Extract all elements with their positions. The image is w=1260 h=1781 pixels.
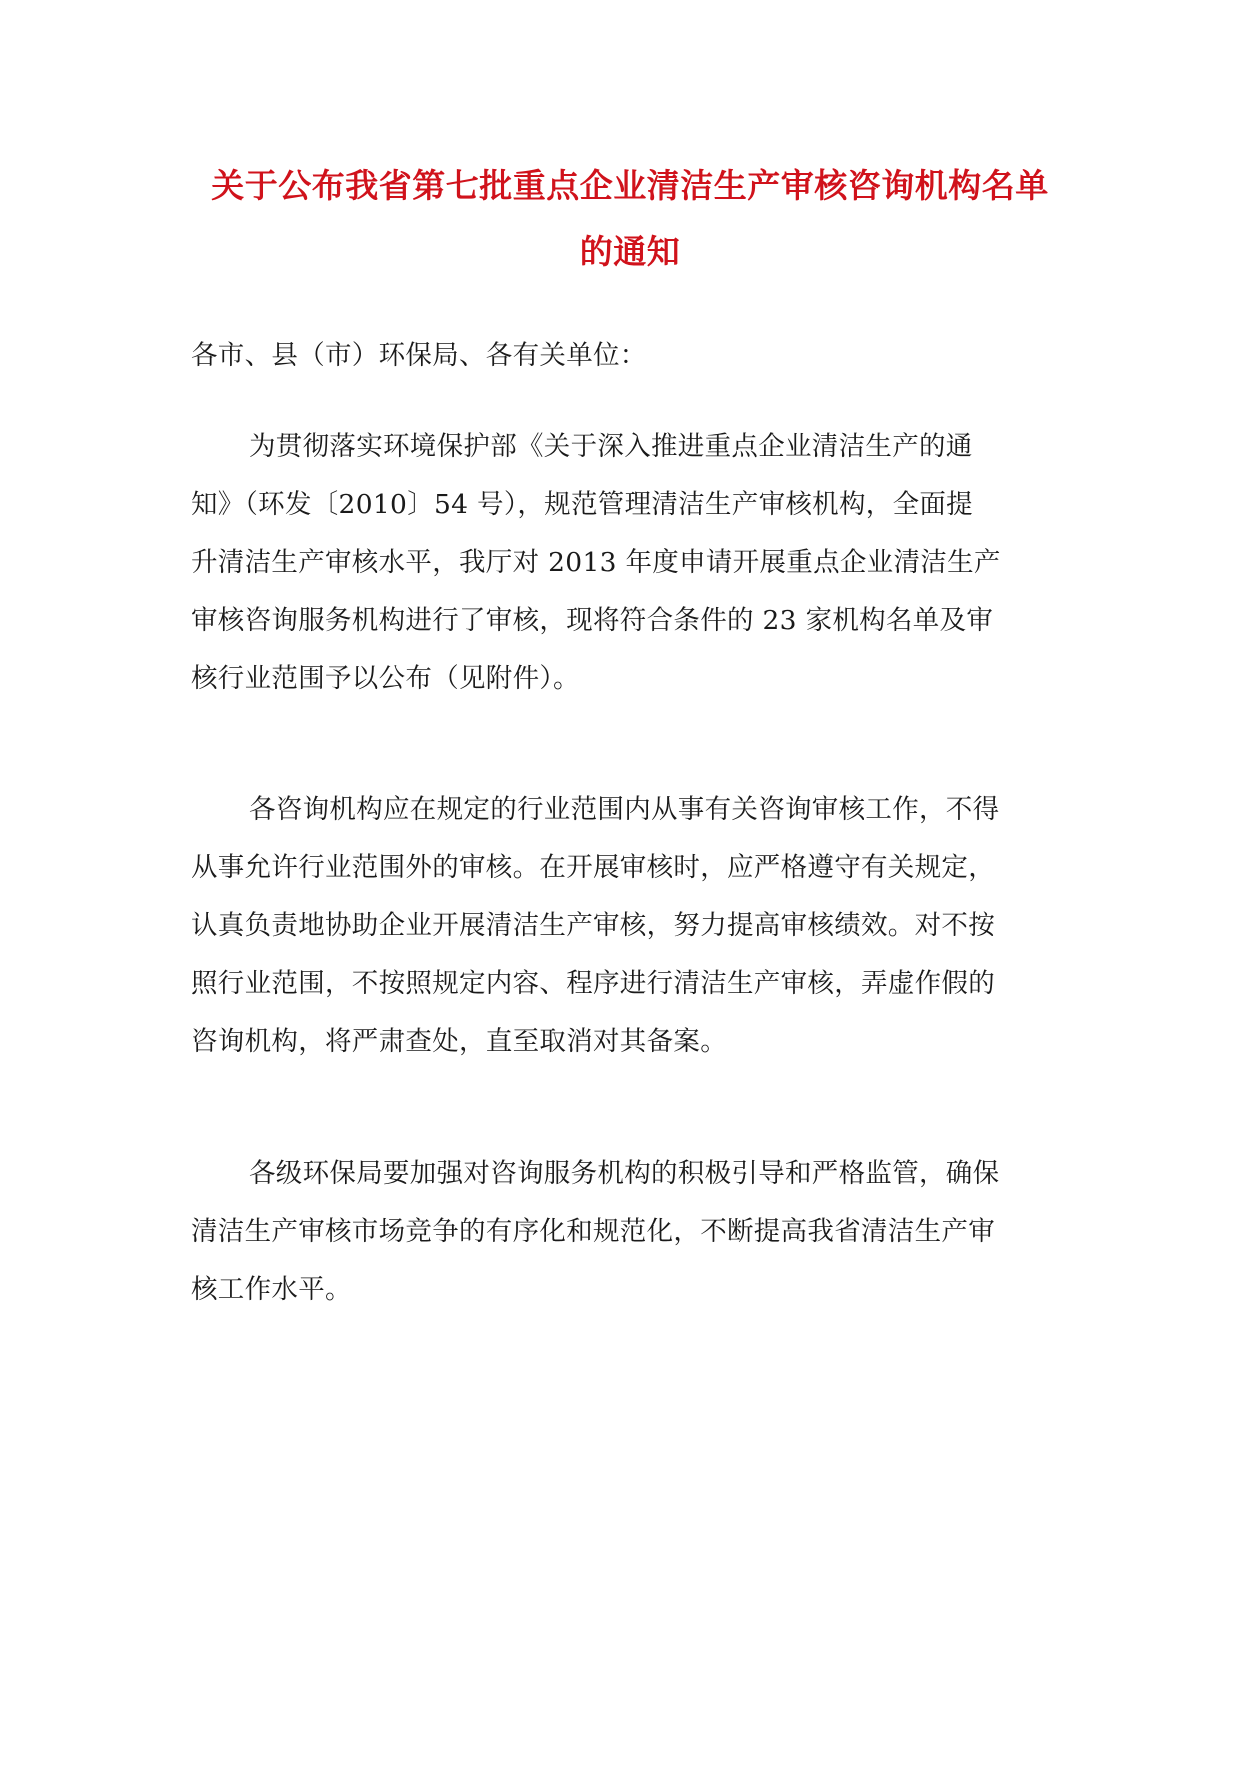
paragraph-line: 核行业范围予以公布（见附件）。 [191,650,1071,708]
paragraph-line: 咨询机构，将严肃查处，直至取消对其备案。 [191,1013,1071,1071]
document-title-line-1: 关于公布我省第七批重点企业清洁生产审核咨询机构名单 [190,166,1070,206]
paragraph-line: 照行业范围，不按照规定内容、程序进行清洁生产审核，弄虚作假的 [191,955,1071,1013]
document-page: 关于公布我省第七批重点企业清洁生产审核咨询机构名单 的通知 各市、县（市）环保局… [0,0,1260,1781]
document-title-line-2: 的通知 [190,232,1070,272]
paragraph-line: 各级环保局要加强对咨询服务机构的积极引导和严格监管，确保 [191,1145,1071,1203]
salutation: 各市、县（市）环保局、各有关单位： [191,327,1071,385]
paragraph-line: 核工作水平。 [191,1261,1071,1319]
paragraph-line: 升清洁生产审核水平，我厅对 2013 年度申请开展重点企业清洁生产 [191,534,1071,592]
paragraph-line: 从事允许行业范围外的审核。在开展审核时，应严格遵守有关规定， [191,839,1071,897]
paragraph-line: 清洁生产审核市场竞争的有序化和规范化，不断提高我省清洁生产审 [191,1203,1071,1261]
paragraph-line: 知》（环发〔2010〕54 号），规范管理清洁生产审核机构，全面提 [191,476,1071,534]
paragraph-1: 为贯彻落实环境保护部《关于深入推进重点企业清洁生产的通 知》（环发〔2010〕5… [191,418,1071,708]
paragraph-line: 审核咨询服务机构进行了审核，现将符合条件的 23 家机构名单及审 [191,592,1071,650]
paragraph-line: 认真负责地协助企业开展清洁生产审核，努力提高审核绩效。对不按 [191,897,1071,955]
paragraph-line: 为贯彻落实环境保护部《关于深入推进重点企业清洁生产的通 [191,418,1071,476]
paragraph-line: 各咨询机构应在规定的行业范围内从事有关咨询审核工作，不得 [191,781,1071,839]
paragraph-3: 各级环保局要加强对咨询服务机构的积极引导和严格监管，确保 清洁生产审核市场竞争的… [191,1145,1071,1319]
paragraph-2: 各咨询机构应在规定的行业范围内从事有关咨询审核工作，不得 从事允许行业范围外的审… [191,781,1071,1071]
